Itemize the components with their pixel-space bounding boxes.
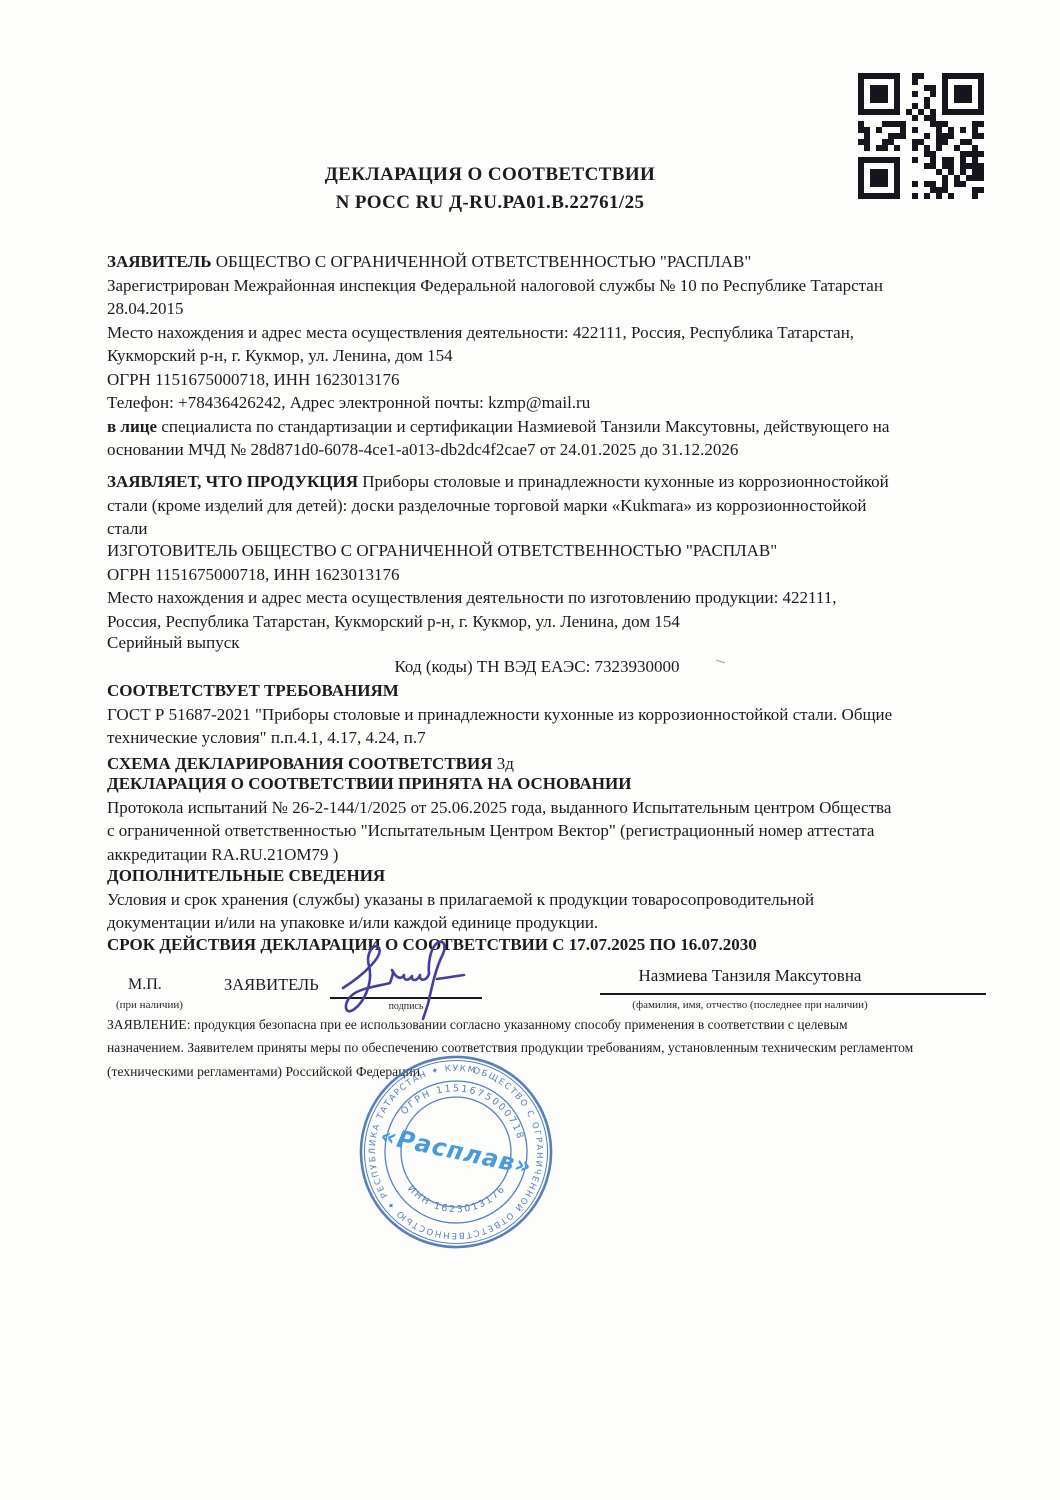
section-manufacturer: ИЗГОТОВИТЕЛЬ ОБЩЕСТВО С ОГРАНИЧЕННОЙ ОТВ… [107,539,967,633]
section-applicant: ЗАЯВИТЕЛЬ ОБЩЕСТВО С ОГРАНИЧЕННОЙ ОТВЕТС… [107,250,967,462]
applicant-details: Зарегистрирован Межрайонная инспекция Фе… [107,274,967,415]
section-basis: ДЕКЛАРАЦИЯ О СООТВЕТСТВИИ ПРИНЯТА НА ОСН… [107,772,967,866]
tnved-code-line: Код (коды) ТН ВЭД ЕАЭС: 7323930000 [107,655,967,679]
additional-label: ДОПОЛНИТЕЛЬНЫЕ СВЕДЕНИЯ [107,866,385,885]
stamp-place-label: М.П. [128,973,162,997]
representative-label: в лице [107,417,157,436]
scheme-label: СХЕМА ДЕКЛАРИРОВАНИЯ СООТВЕТСТВИЯ [107,754,493,773]
safety-statement: ЗАЯВЛЕНИЕ: продукция безопасна при ее ис… [107,1013,1027,1083]
declaration-document-page: ДЕКЛАРАЦИЯ О СООТВЕТСТВИИ N РОСС RU Д-RU… [0,0,1060,1500]
serial-issue-note: Серийный выпуск [107,631,967,655]
validity-period-line: СРОК ДЕЙСТВИЯ ДЕКЛАРАЦИИ О СООТВЕТСТВИИ … [107,933,967,957]
representative-text: специалиста по стандартизации и сертифик… [107,417,889,460]
basis-label: ДЕКЛАРАЦИЯ О СООТВЕТСТВИИ ПРИНЯТА НА ОСН… [107,774,631,793]
section-compliance: СООТВЕТСТВУЕТ ТРЕБОВАНИЯМ ГОСТ Р 51687-2… [107,679,967,775]
basis-text: Протокола испытаний № 26-2-144/1/2025 от… [107,796,967,867]
qr-code-icon [858,73,984,199]
applicant-name: ОБЩЕСТВО С ОГРАНИЧЕННОЙ ОТВЕТСТВЕННОСТЬЮ… [216,252,752,271]
signature-applicant-label: ЗАЯВИТЕЛЬ [224,973,319,997]
applicant-representative: в лице специалиста по стандартизации и с… [107,415,967,462]
signatory-name-caption: (фамилия, имя, отчество (последнее при н… [600,999,900,1012]
section-product: ЗАЯВЛЯЕТ, ЧТО ПРОДУКЦИЯ Приборы столовые… [107,470,967,541]
applicant-label: ЗАЯВИТЕЛЬ [107,252,211,271]
declaration-number: N РОСС RU Д-RU.РА01.В.22761/25 [107,189,873,217]
stamp-center-text: «Расплав» [378,1121,534,1180]
scheme-value: 3д [497,754,514,773]
compliance-label: СООТВЕТСТВУЕТ ТРЕБОВАНИЯМ [107,681,399,700]
signatory-name-line [600,957,986,995]
product-declaration: ЗАЯВЛЯЕТ, ЧТО ПРОДУКЦИЯ Приборы столовые… [107,470,967,541]
handwritten-signature [335,936,485,1021]
title-line-1: ДЕКЛАРАЦИЯ О СООТВЕТСТВИИ [107,161,873,189]
document-title: ДЕКЛАРАЦИЯ О СООТВЕТСТВИИ N РОСС RU Д-RU… [107,161,873,217]
section-additional: ДОПОЛНИТЕЛЬНЫЕ СВЕДЕНИЯ Условия и срок х… [107,864,967,935]
product-label: ЗАЯВЛЯЕТ, ЧТО ПРОДУКЦИЯ [107,472,358,491]
additional-text: Условия и срок хранения (службы) указаны… [107,888,967,935]
stamp-place-note: (при наличии) [116,999,183,1012]
compliance-standard: ГОСТ Р 51687-2021 "Приборы столовые и пр… [107,703,967,750]
stamp-inn-text: ИНН 1623013176 [402,1164,509,1226]
company-round-stamp: ОБЩЕСТВО С ОГРАНИЧЕННОЙ ОТВЕТСТВЕННОСТЬЮ… [356,1052,556,1252]
applicant-heading: ЗАЯВИТЕЛЬ ОБЩЕСТВО С ОГРАНИЧЕННОЙ ОТВЕТС… [107,250,967,274]
